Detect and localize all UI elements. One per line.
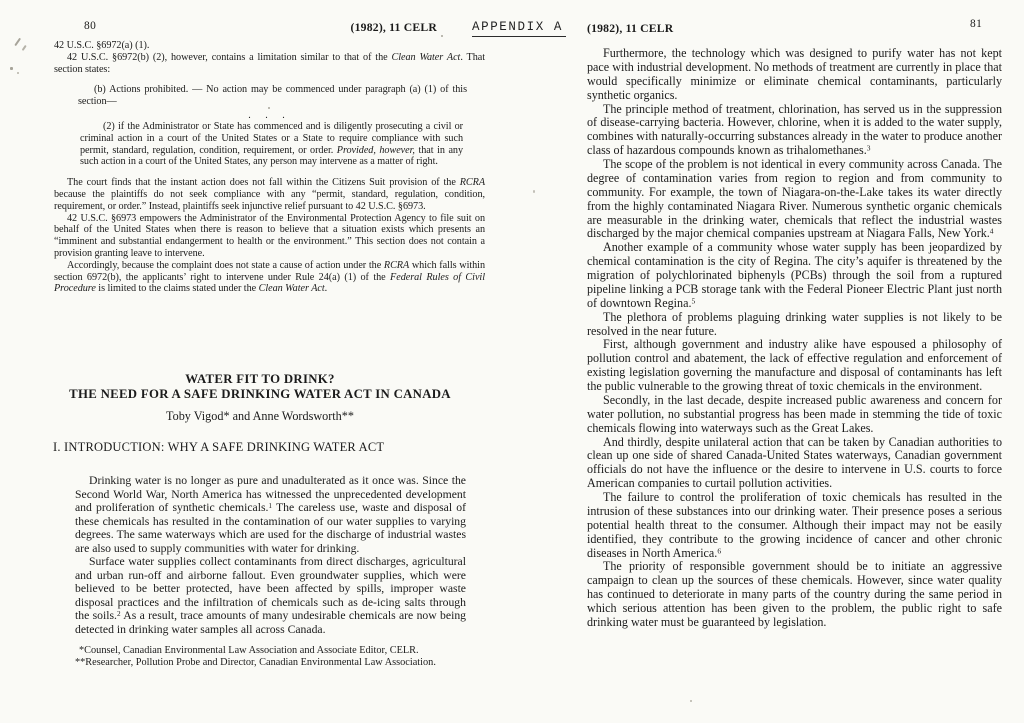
body-paragraph: Furthermore, the technology which was de…: [587, 47, 1002, 103]
article-title-line2: THE NEED FOR A SAFE DRINKING WATER ACT I…: [45, 387, 475, 402]
article-title-line1: WATER FIT TO DRINK?: [45, 372, 475, 387]
article-byline: Toby Vigod* and Anne Wordsworth**: [45, 409, 475, 423]
journal-citation-right: (1982), 11 CELR: [587, 22, 673, 35]
epa-authority-paragraph: 42 U.S.C. §6973 empowers the Administrat…: [54, 213, 485, 260]
body-paragraph: Surface water supplies collect contamina…: [75, 555, 466, 636]
omission-ellipsis: . . .: [54, 111, 485, 120]
body-paragraph: Secondly, in the last decade, despite in…: [587, 394, 1002, 436]
body-paragraph: Another example of a community whose wat…: [587, 241, 1002, 310]
statute-quote-2: (2) if the Administrator or State has co…: [80, 121, 463, 168]
journal-citation-left: (1982), 11 CELR: [300, 21, 437, 34]
body-paragraph: The plethora of problems plaguing drinki…: [587, 311, 1002, 339]
author-footnotes: *Counsel, Canadian Environmental Law Ass…: [75, 645, 466, 669]
case-report-excerpt: 42 U.S.C. §6972(a) (1). 42 U.S.C. §6972(…: [54, 40, 485, 295]
page-number-left: 80: [84, 20, 96, 32]
article-title: WATER FIT TO DRINK? THE NEED FOR A SAFE …: [45, 372, 475, 402]
body-paragraph: And thirdly, despite unilateral action t…: [587, 436, 1002, 492]
statute-citation-paragraph: 42 U.S.C. §6972(b) (2), however, contain…: [54, 52, 485, 76]
section-heading: I. INTRODUCTION: WHY A SAFE DRINKING WAT…: [53, 440, 466, 454]
court-finding-paragraph: The court finds that the instant action …: [54, 177, 485, 212]
page-81: (1982), 11 CELR 81 Furthermore, the tech…: [512, 0, 1024, 723]
article-opening: WATER FIT TO DRINK? THE NEED FOR A SAFE …: [75, 362, 466, 669]
body-paragraph: Drinking water is no longer as pure and …: [75, 474, 466, 555]
page-number-right: 81: [970, 18, 982, 30]
footnote-counsel: *Counsel, Canadian Environmental Law Ass…: [75, 645, 466, 657]
holding-paragraph: Accordingly, because the complaint does …: [54, 260, 485, 295]
body-paragraph: First, although government and industry …: [587, 338, 1002, 394]
statute-quote-b: (b) Actions prohibited. — No action may …: [78, 84, 467, 108]
footnote-researcher: **Researcher, Pollution Probe and Direct…: [75, 657, 466, 669]
body-paragraph: The failure to control the proliferation…: [587, 491, 1002, 560]
statute-citation-line: 42 U.S.C. §6972(a) (1).: [54, 40, 485, 52]
page-80: 80 (1982), 11 CELR 42 U.S.C. §6972(a) (1…: [0, 0, 512, 723]
body-paragraph: The scope of the problem is not identica…: [587, 158, 1002, 241]
body-paragraph: The priority of responsible government s…: [587, 560, 1002, 629]
scanned-journal-spread: APPENDIX A 80 (1982), 11 CELR 42 U.S.C. …: [0, 0, 1024, 723]
article-continuation: Furthermore, the technology which was de…: [587, 47, 1002, 630]
body-paragraph: The principle method of treatment, chlor…: [587, 103, 1002, 159]
